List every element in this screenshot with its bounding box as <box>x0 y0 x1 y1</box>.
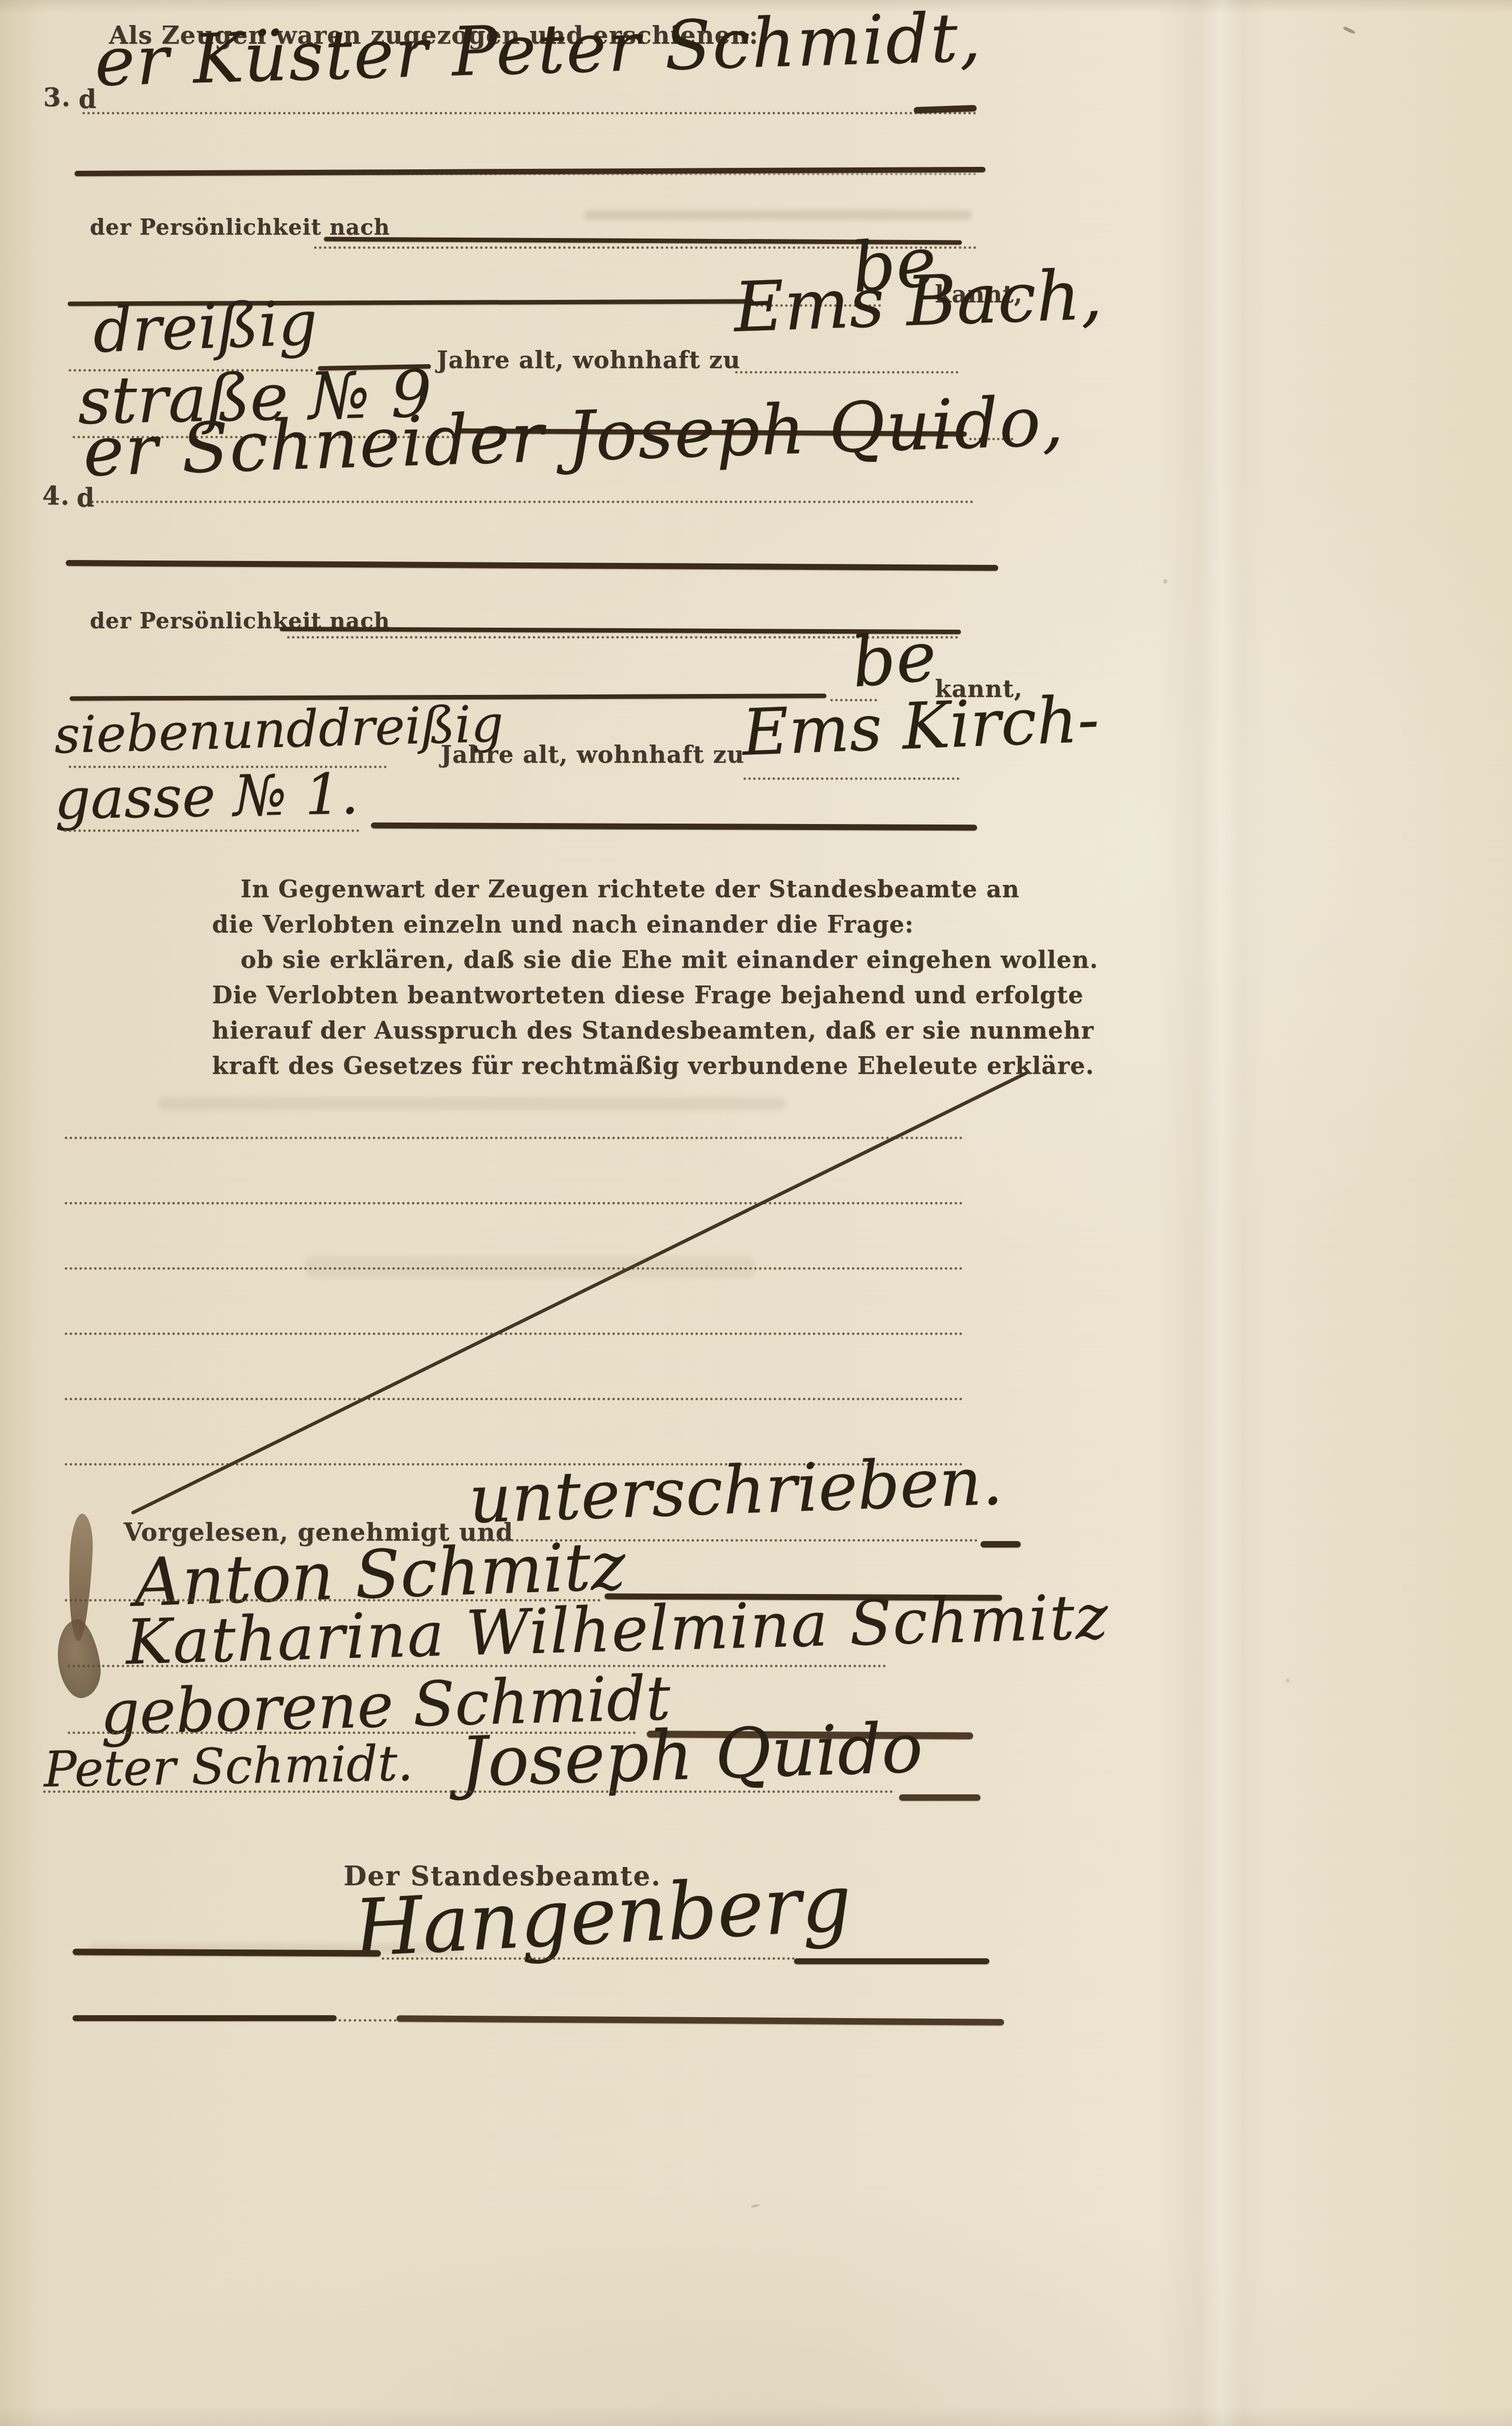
ruled-dotted-line <box>65 1137 963 1139</box>
witness3-age-handwritten: dreißig <box>92 293 318 362</box>
closing-handwritten-text: unterschrieben. <box>468 1448 1004 1533</box>
paper-speck <box>751 2204 760 2208</box>
registrar-signature: Hangenberg <box>352 1864 853 1968</box>
witness3-index: 3. <box>43 82 71 112</box>
paper-speck <box>1343 26 1356 34</box>
signature-witness4: Joseph Quido <box>459 1714 924 1797</box>
witness4-index: 4. <box>42 481 70 511</box>
ruled-dotted-line <box>339 2019 397 2022</box>
ink-strike-line <box>397 2015 1004 2026</box>
declaration-line-2: die Verlobten einzeln und nach einander … <box>212 911 914 938</box>
ruled-dotted-line <box>64 829 359 832</box>
bleedthrough-smudge <box>584 210 972 220</box>
witness4-known-handwritten: be <box>849 622 939 698</box>
witness4-residence-line2: gasse № 1. <box>54 766 359 828</box>
ruled-dotted-line <box>43 1790 893 1793</box>
declaration-line-6: kraft des Gesetzes für rechtmäßig verbun… <box>212 1052 1094 1080</box>
ruled-dotted-line <box>82 112 977 114</box>
ruled-dotted-line <box>735 371 958 373</box>
ruled-dotted-line <box>65 1267 963 1270</box>
registry-page: Als Zeugen waren zugezogen und erschiene… <box>0 0 1512 2426</box>
ink-dash <box>899 1794 981 1801</box>
ruled-dotted-line <box>382 1957 795 1960</box>
ink-strike-line <box>66 560 998 571</box>
ruled-dotted-line <box>65 1202 963 1204</box>
ruled-dotted-line <box>65 1333 963 1335</box>
ink-strike-line <box>73 2015 337 2021</box>
ink-dash <box>981 1541 1021 1547</box>
declaration-line-3: ob sie erklären, daß sie die Ehe mit ein… <box>240 946 1098 974</box>
witness3-identity-clause: der Persönlichkeit nach <box>90 215 390 240</box>
declaration-line-5: hierauf der Ausspruch des Standesbeamten… <box>212 1017 1094 1044</box>
witness4-age-clause: Jahre alt, wohnhaft zu <box>441 741 744 769</box>
ink-strike-line <box>371 823 977 830</box>
page-fold-crease <box>1158 0 1266 2426</box>
declaration-line-4: Die Verlobten beantworteten diese Frage … <box>212 982 1084 1009</box>
ruled-dotted-line <box>743 777 959 780</box>
ruled-dotted-line <box>91 501 974 503</box>
witness3-age-clause: Jahre alt, wohnhaft zu <box>437 347 741 374</box>
witness4-age-handwritten: siebenunddreißig <box>53 699 504 761</box>
declaration-line-1: In Gegenwart der Zeugen richtete der Sta… <box>240 876 1020 903</box>
paper-speck <box>1286 1679 1290 1682</box>
ink-stain <box>52 1617 105 1701</box>
bleedthrough-smudge <box>157 1097 785 1110</box>
witness4-residence-line1: Ems Kirch- <box>741 687 1100 765</box>
signature-witness3: Peter Schmidt. <box>43 1739 413 1794</box>
ruled-dotted-line <box>65 1398 963 1400</box>
witness3-name-handwritten: er Küster Peter Schmidt, <box>94 4 983 96</box>
ink-strike-line <box>73 1948 381 1956</box>
witness3-printed-article: d <box>79 84 97 114</box>
ruled-dotted-line <box>68 1665 886 1667</box>
ink-strike-line <box>794 1958 989 1964</box>
witness3-residence-line1: Ems Bach, <box>733 261 1103 343</box>
